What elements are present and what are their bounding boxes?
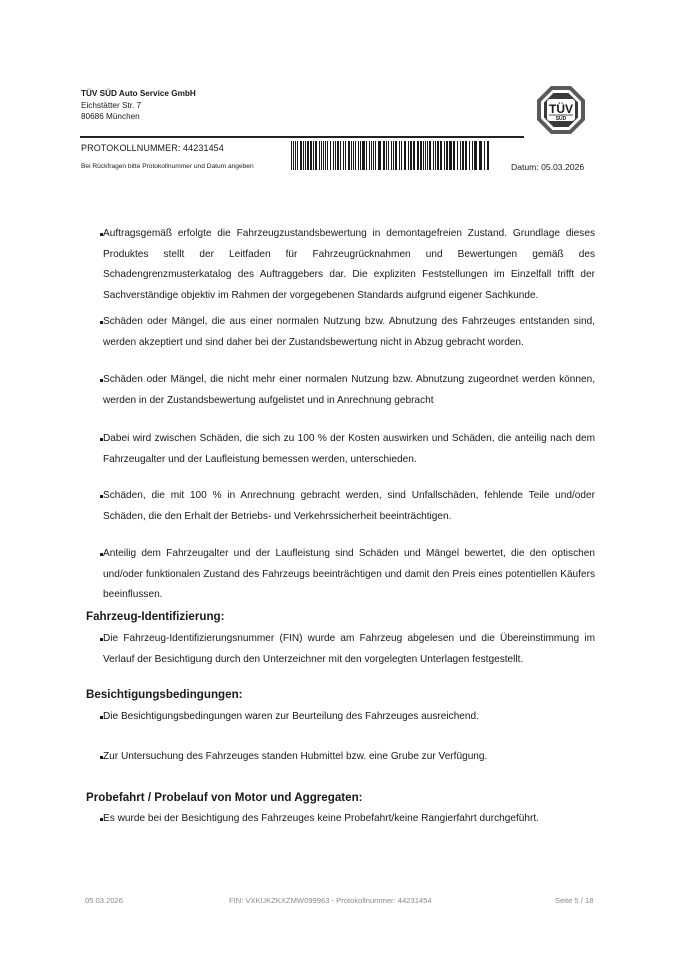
list-item: Schäden, die mit 100 % in Anrechnung geb… [103,486,595,527]
bullet-icon [100,233,103,236]
document-page: TÜV SÜD Auto Service GmbH Eichstätter St… [0,0,678,960]
bullet-icon [100,818,103,821]
list-item: Die Fahrzeug-Identifizierungsnummer (FIN… [103,629,595,670]
list-item: Die Besichtigungsbedingungen waren zur B… [103,707,595,728]
footer-page-number: Seite 5 / 18 [555,896,593,905]
footer-date: 05.03.2026 [85,896,123,905]
protocol-number: PROTOKOLLNUMMER: 44231454 [81,143,224,153]
list-item: Dabei wird zwischen Schäden, die sich zu… [103,429,595,470]
sender-address: TÜV SÜD Auto Service GmbH Eichstätter St… [81,88,196,123]
section-title-test-drive: Probefahrt / Probelauf von Motor und Agg… [86,791,363,804]
header-divider [80,136,524,138]
street-address: Eichstätter Str. 7 [81,100,196,112]
logo-text-tuev: TÜV [549,101,573,116]
list-item: Es wurde bei der Besichtigung des Fahrze… [103,809,595,830]
protocol-hint: Bei Rückfragen bitte Protokollnummer und… [81,163,254,170]
list-item: Schäden oder Mängel, die nicht mehr eine… [103,370,595,411]
bullet-icon [100,379,103,382]
list-item: Auftragsgemäß erfolgte die Fahrzeugzusta… [103,224,595,306]
section-title-inspection-conditions: Besichtigungsbedingungen: [86,688,243,701]
bullet-icon [100,553,103,556]
footer-vin-protocol: FIN: VXKUKZKXZMW099963 - Protokollnummer… [229,896,432,905]
document-date: Datum: 05.03.2026 [511,162,584,172]
list-item: Zur Untersuchung des Fahrzeuges standen … [103,747,595,768]
bullet-icon [100,438,103,441]
city-address: 80686 München [81,111,196,123]
company-name: TÜV SÜD Auto Service GmbH [81,88,196,100]
barcode-icon [291,141,489,170]
tuev-sued-logo-icon: TÜV SÜD [536,85,586,135]
bullet-icon [100,716,103,719]
bullet-icon [100,495,103,498]
section-title-vehicle-identification: Fahrzeug-Identifizierung: [86,610,224,623]
bullet-icon [100,638,103,641]
list-item: Anteilig dem Fahrzeugalter und der Laufl… [103,544,595,606]
bullet-icon [100,756,103,759]
list-item: Schäden oder Mängel, die aus einer norma… [103,312,595,353]
bullet-icon [100,321,103,324]
logo-text-sued: SÜD [556,115,567,122]
